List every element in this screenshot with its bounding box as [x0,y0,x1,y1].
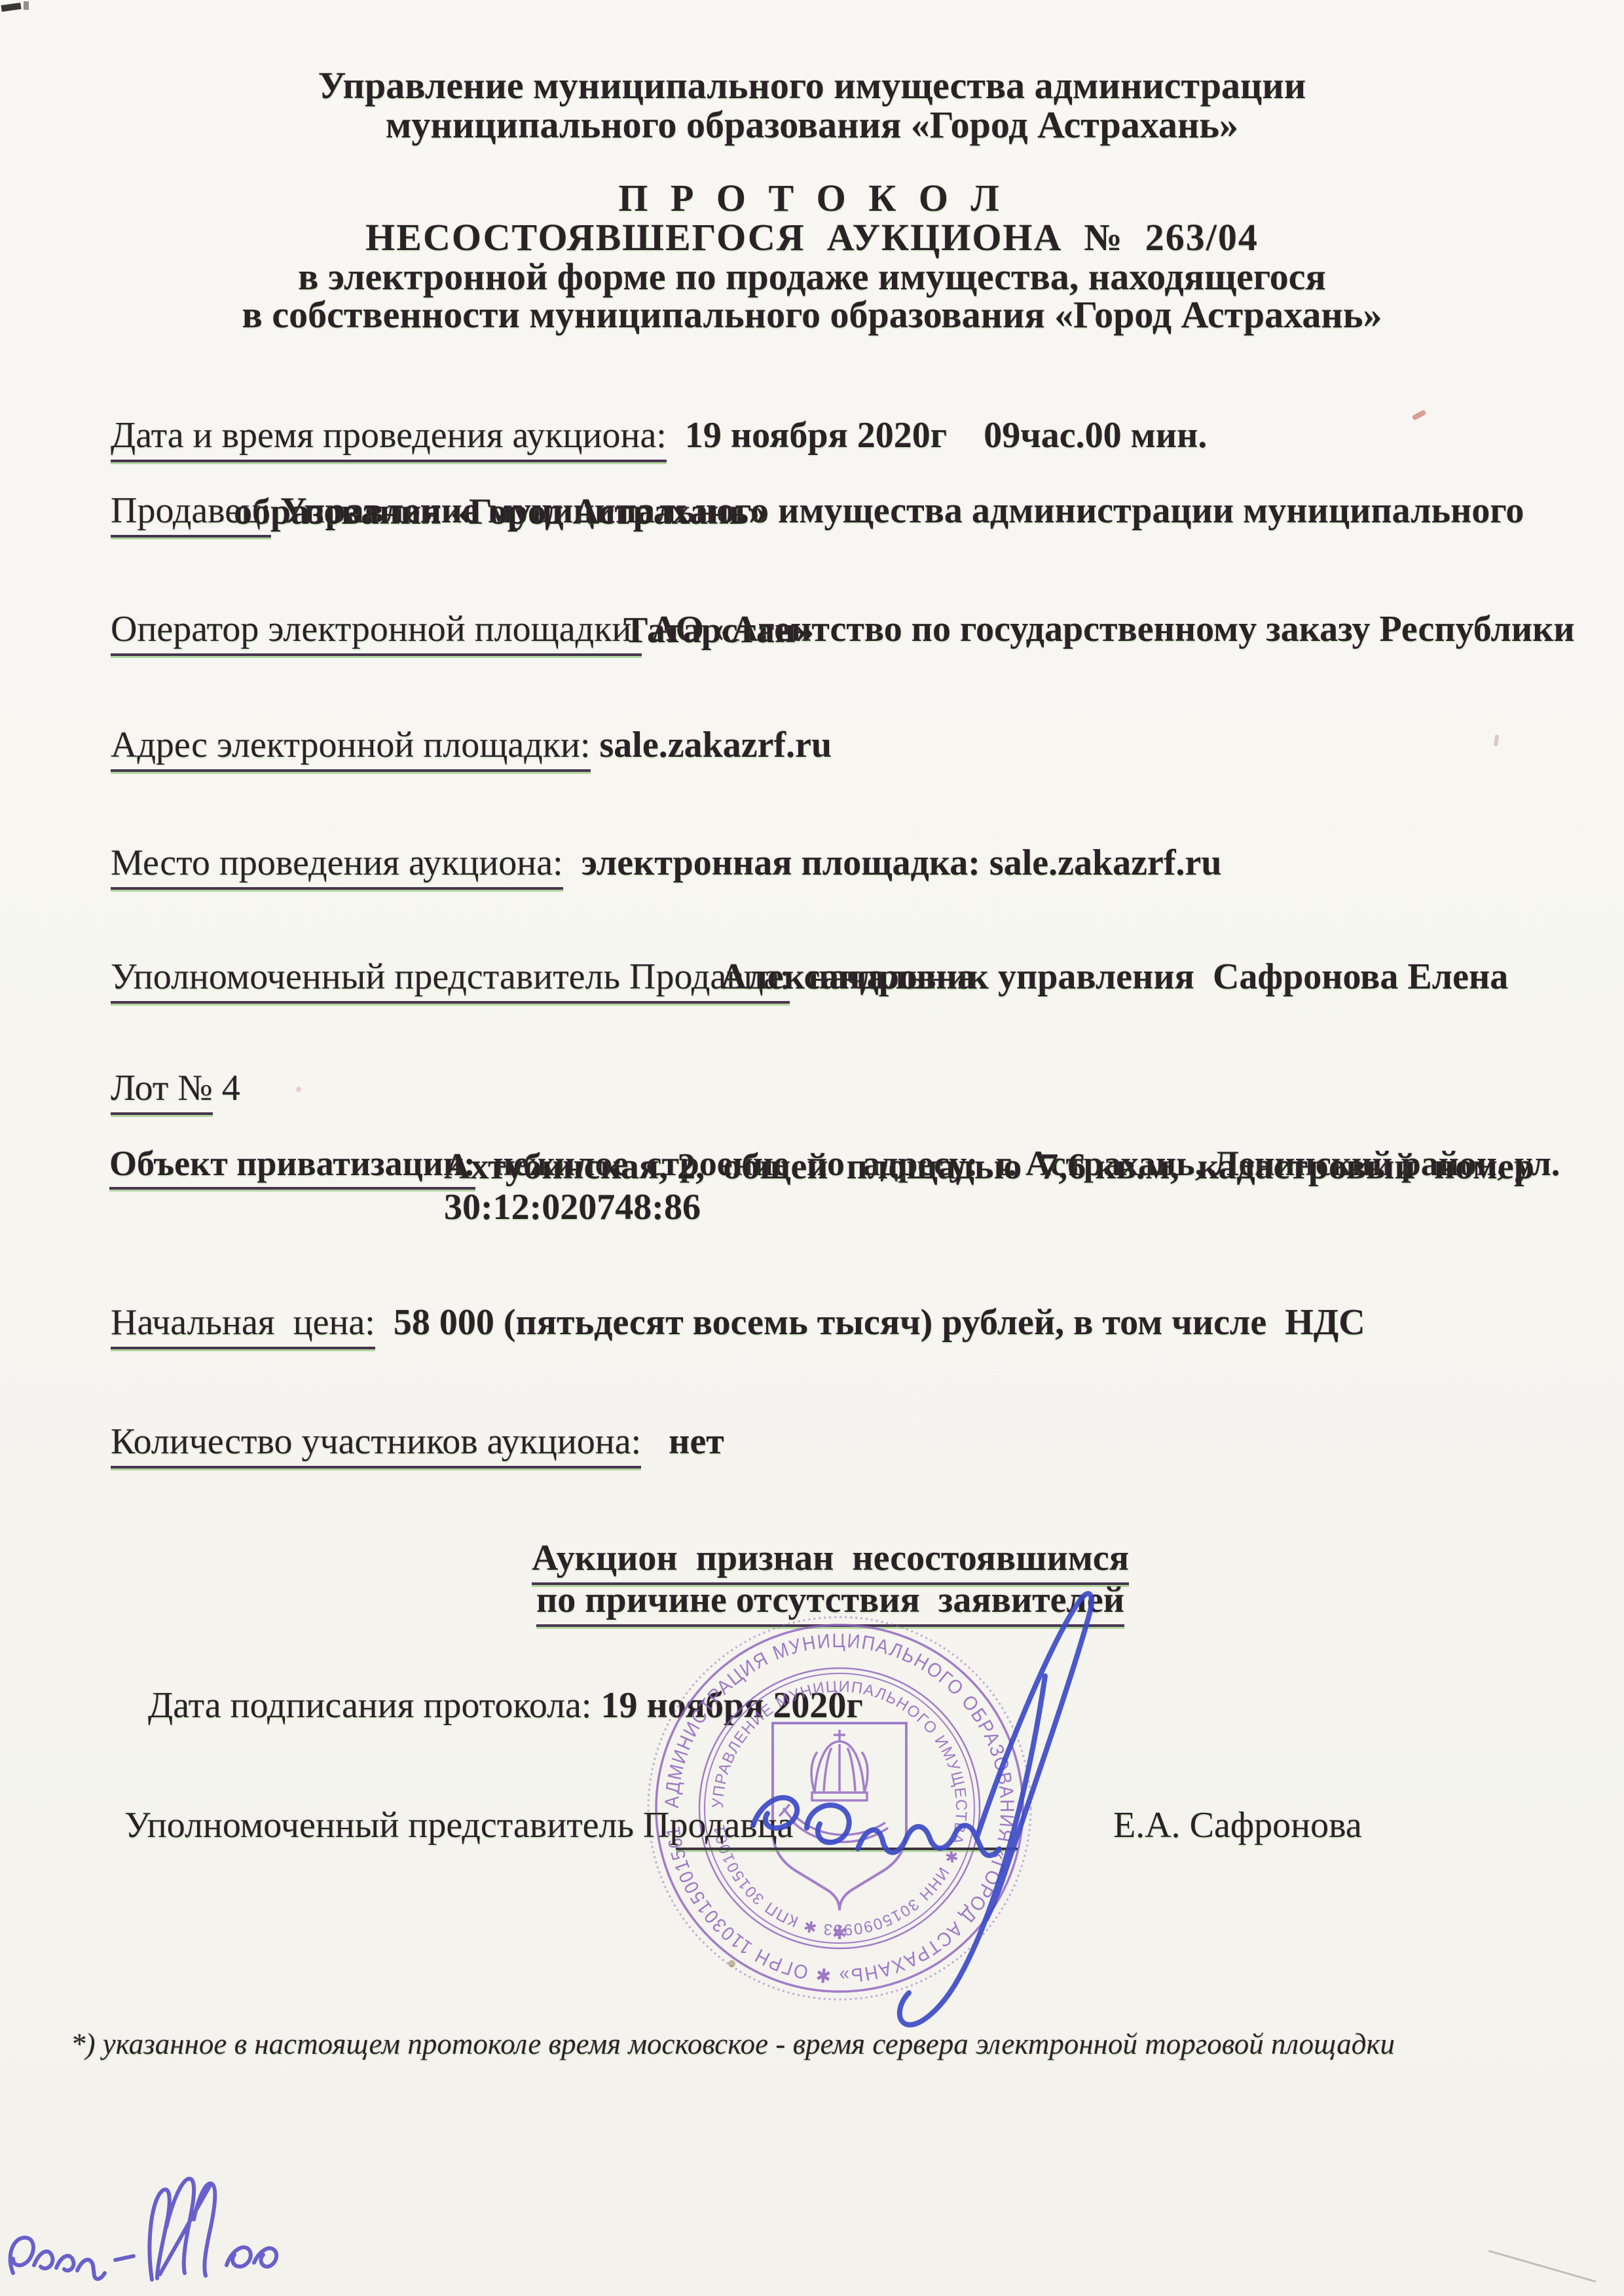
field-start-price: Начальная цена: 58 000 (пятьдесят восемь… [74,1264,1365,1389]
field-venue-value: электронная площадка: sale.zakazrf.ru [563,843,1222,883]
field-seller-value-line2: образования «Город Астрахань» [234,492,767,532]
signature-tall-flourish [977,1594,1092,1920]
rep-signature-label: Уполномоченный представитель Продавца [124,1806,793,1845]
field-lot-value: 4 [213,1068,240,1108]
signature-letter-o [807,1805,849,1842]
field-platform-address-value: sale.zakazrf.ru [591,725,832,765]
field-start-price-value: 58 000 (пятьдесят восемь тысяч) рублей, … [375,1302,1365,1343]
field-operator-label: Оператор электронной площадки: [111,610,642,655]
field-participants: Количество участников аукциона: нет [74,1383,724,1508]
protocol-subtitle-ownership: в собственности муниципального образован… [0,295,1624,336]
field-object-label: Объект приватизации: [109,1144,475,1189]
field-operator-value-line2: Татарстан» [623,611,814,650]
handwriting-word3 [227,2248,276,2267]
handwritten-marks [0,2147,282,2296]
scan-speck-red [1411,409,1426,420]
signing-date-label: Дата подписания протокола: [148,1685,600,1726]
scan-edge-mark-topleft2 [24,1,29,10]
handwriting-word1 [10,2238,105,2279]
field-representative-label: Уполномоченный представитель Продавца: [111,957,790,1003]
signature-descender [900,1676,1045,2025]
field-venue: Место проведения аукциона: электронная п… [74,804,1222,929]
field-representative-value-line2: Александровна [720,957,976,996]
field-venue-label: Место проведения аукциона: [111,843,563,889]
field-platform-address-label: Адрес электронной площадки: [111,725,591,771]
protocol-title: П Р О Т О К О Л [0,178,1624,219]
field-auction-datetime-value: 19 ноября 2020г 09час.00 мин. [667,415,1207,456]
protocol-subtitle-form: в электронной форме по продаже имущества… [0,257,1624,298]
field-object-value-line3: 30:12:020748:86 [444,1188,701,1227]
org-name-line2: муниципального образования «Город Астрах… [0,105,1624,146]
field-object-value-line2: Ахтубинская, 2, общей площадью 7,6 кв.м,… [444,1147,1534,1186]
protocol-subtitle-number: НЕСОСТОЯВШЕГОСЯ АУКЦИОНА № 263/04 [0,217,1624,259]
field-start-price-label: Начальная цена: [111,1303,375,1349]
scan-speck-brown [728,1960,735,1967]
handwriting-dash [115,2256,134,2260]
scan-edge-mark-topleft [1,3,21,12]
scan-corner-line [1488,2250,1596,2283]
org-name-line1: Управление муниципального имущества адми… [0,65,1624,107]
footnote-moscow-time: *) указанное в настоящем протоколе время… [71,2028,1395,2060]
signature-letter-e [753,1798,797,1828]
field-participants-label: Количество участников аукциона: [111,1422,641,1468]
handwriting-tall-loops [149,2179,215,2280]
scan-speck-pink [296,1087,301,1092]
scan-speck-small [1494,735,1499,747]
signature-ink [707,1571,1166,2069]
scanned-protocol-document: Управление муниципального имущества адми… [0,0,1624,2296]
field-platform-address: Адрес электронной площадки: sale.zakazrf… [74,686,832,811]
field-operator: Оператор электронной площадки: АО «Агент… [74,570,1575,695]
field-participants-value: нет [641,1421,724,1462]
